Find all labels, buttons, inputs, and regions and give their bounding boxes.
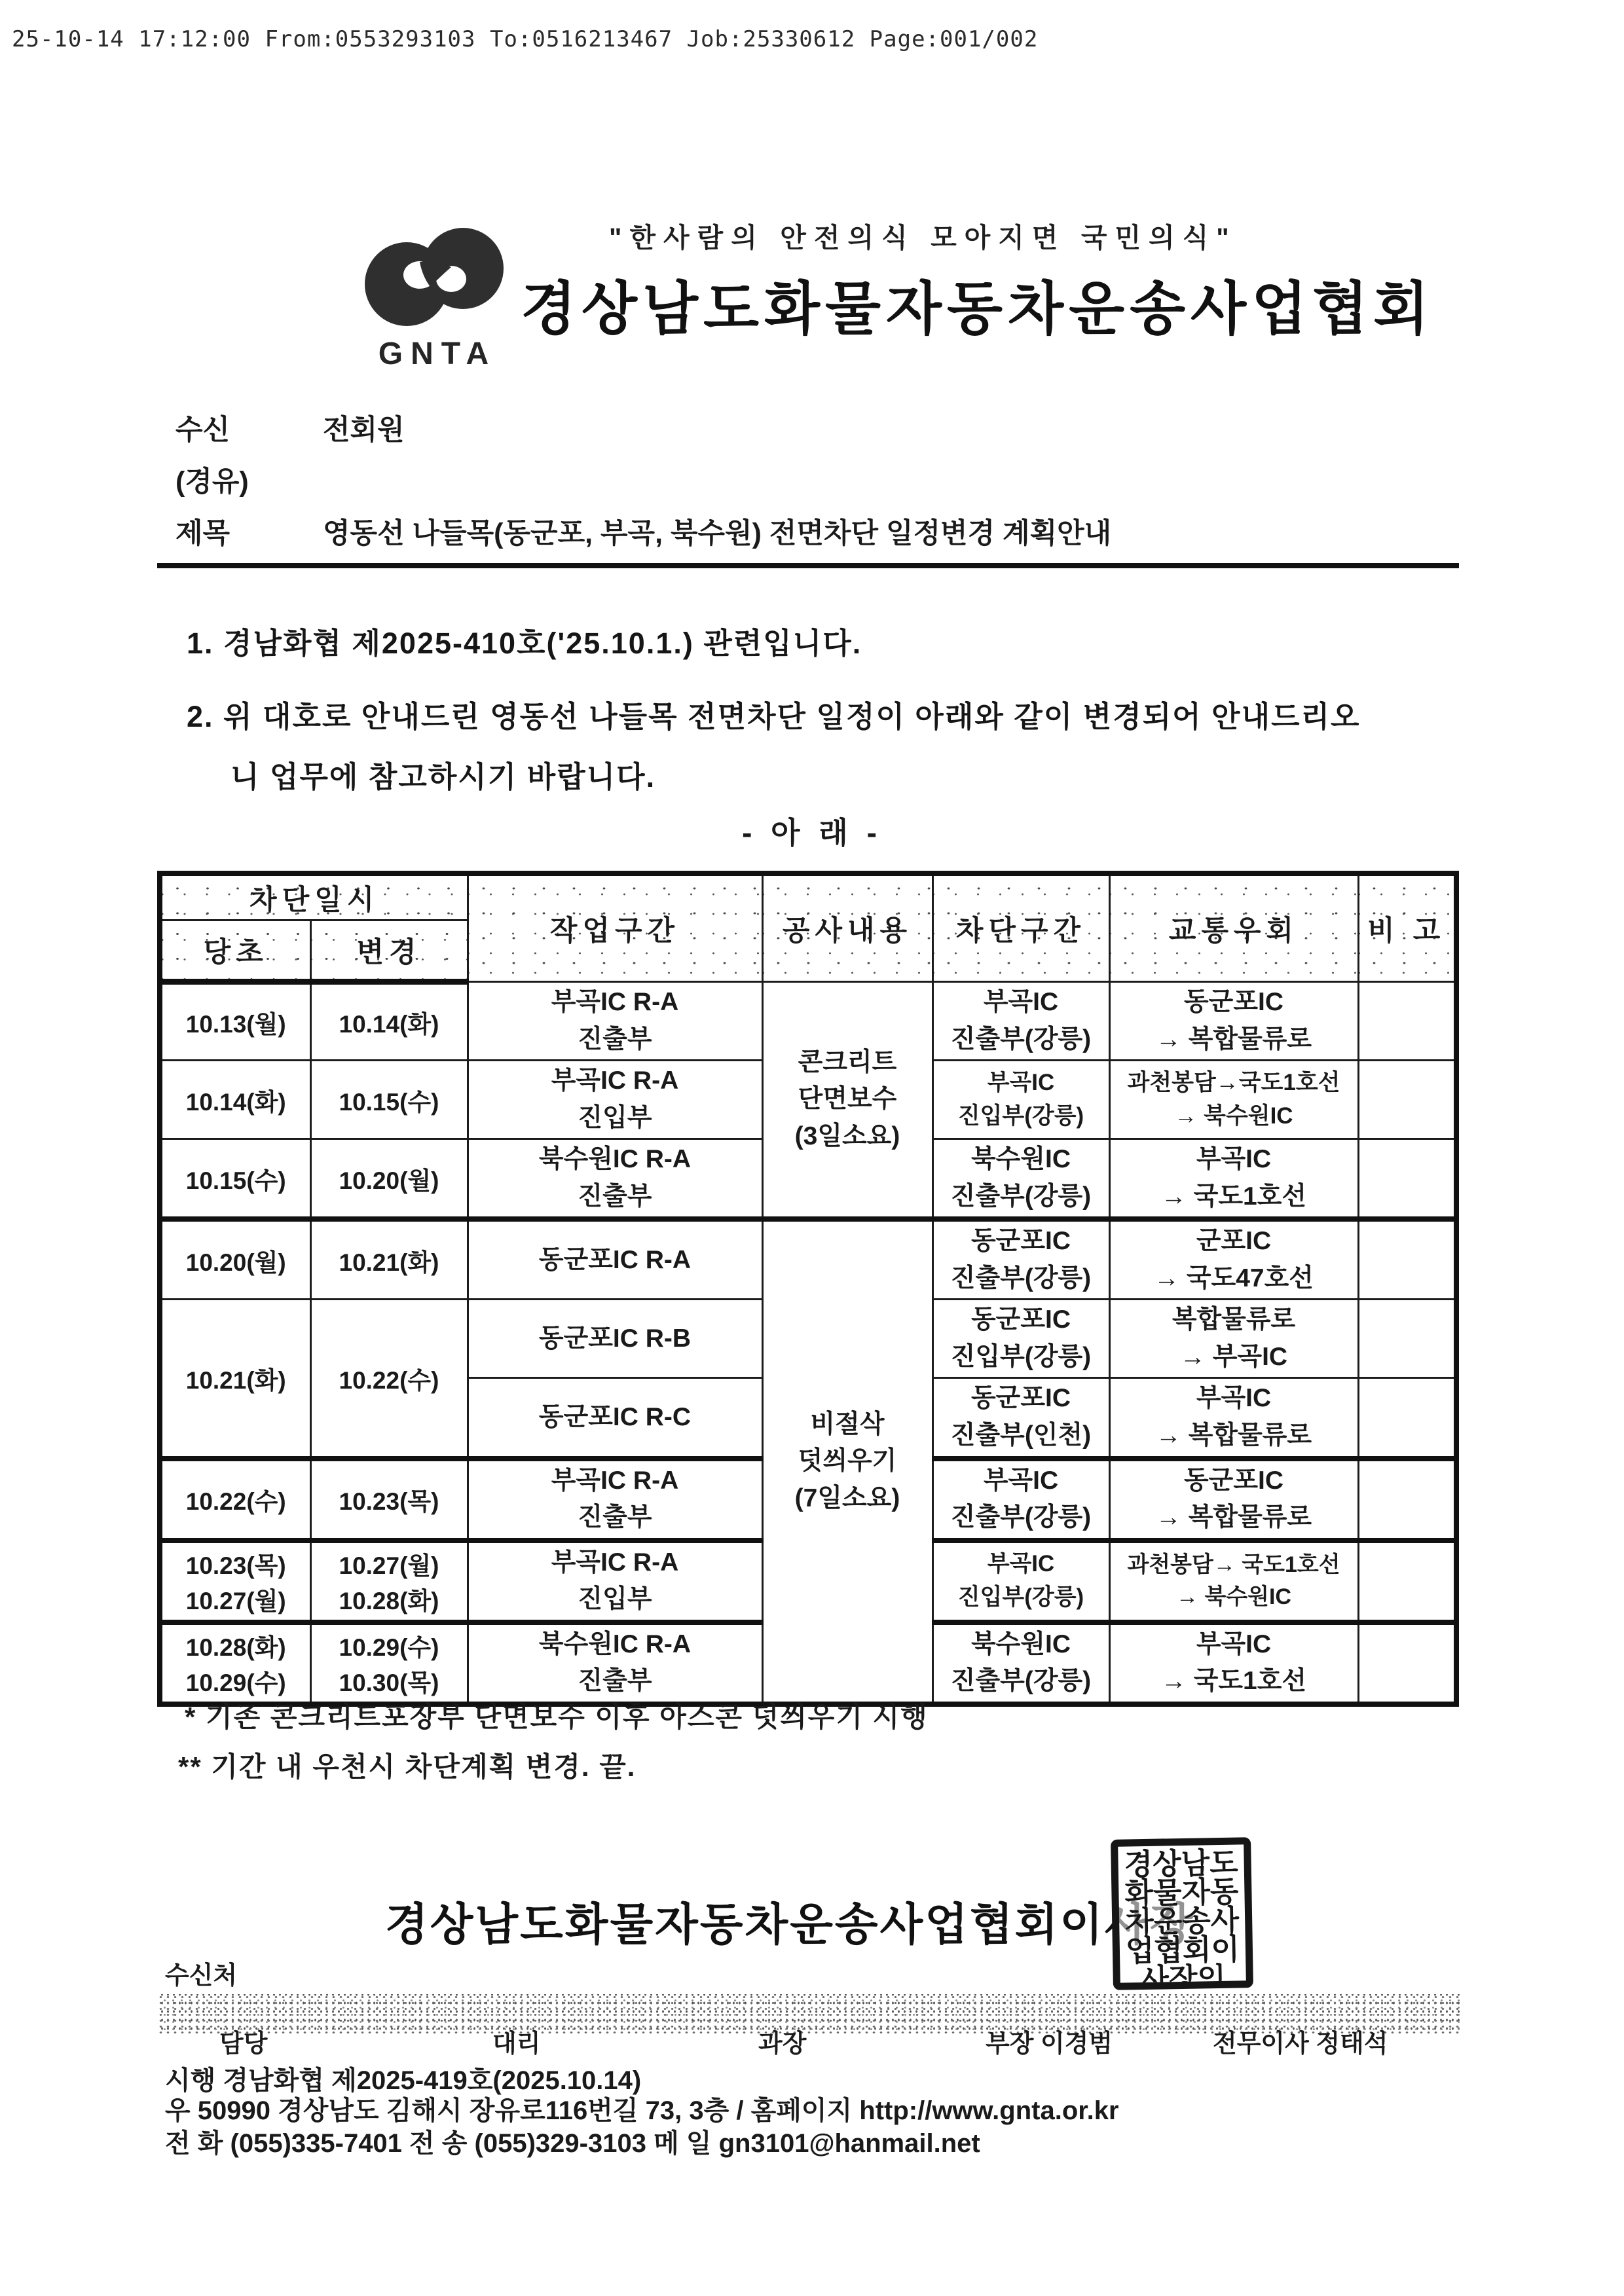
address-line: 우 50990 경상남도 김해시 장유로116번길 73, 3층 / 홈페이지 … (165, 2090, 1119, 2127)
subject-value: 영동선 나들목(동군포, 부곡, 북수원) 전면차단 일정변경 계획안내 (323, 520, 1111, 548)
cell-note (1358, 1061, 1456, 1139)
cell-note (1358, 1139, 1456, 1220)
cell-detour: 부곡IC → 복합물류로 (1109, 1378, 1358, 1459)
cell-changed-date: 10.22(수) (310, 1300, 468, 1459)
cell-note (1358, 1622, 1456, 1704)
table-row: 10.13(월) 10.14(화) 부곡IC R-A 진출부 콘크리트 단면보수… (160, 982, 1456, 1061)
cell-initial-date: 10.13(월) (160, 982, 310, 1061)
recipient-via-row: (경유) (175, 468, 1111, 496)
cell-closure-section: 부곡IC 진입부(강릉) (932, 1540, 1109, 1622)
slogan: "한사람의 안전의식 모아지면 국민의식" (609, 216, 1237, 255)
to-label: 수신 (175, 416, 323, 445)
cell-work-section: 부곡IC R-A 진입부 (468, 1061, 762, 1139)
official-seal-stamp: 경상남도화물자동차운송사업협회이사장인 (1111, 1837, 1253, 1990)
cell-work-section: 동군포IC R-B (468, 1300, 762, 1378)
gnta-emblem-icon (360, 221, 515, 337)
gnta-logo-text: GNTA (359, 336, 516, 372)
subject-label: 제목 (175, 520, 323, 548)
cell-detour: 과천봉담→국도1호선 → 북수원IC (1109, 1061, 1358, 1139)
cell-work-section: 북수원IC R-A 진출부 (468, 1139, 762, 1220)
cell-detour: 동군포IC → 복합물류로 (1109, 1459, 1358, 1540)
body-paragraph-2: 2. 위 대호로 안내드린 영동선 나들목 전면차단 일정이 아래와 같이 변경… (187, 693, 1361, 735)
cell-closure-section: 동군포IC 진출부(인천) (932, 1378, 1109, 1459)
table-header-row-1: 차단일시 작업구간 공사내용 차단구간 교통우회 비 고 (160, 873, 1456, 920)
below-marker: - 아 래 - (0, 809, 1624, 852)
organization-title: 경상남도화물자동차운송사업협회 (521, 263, 1434, 346)
header-construction: 공사내용 (762, 873, 932, 982)
cell-detour: 복합물류로 → 부곡IC (1109, 1300, 1358, 1378)
cell-work-section: 동군포IC R-C (468, 1378, 762, 1459)
cell-detour: 부곡IC → 국도1호선 (1109, 1139, 1358, 1220)
cell-changed-date: 10.23(목) (310, 1459, 468, 1540)
cell-work-section: 부곡IC R-A 진출부 (468, 1459, 762, 1540)
cell-work-section: 북수원IC R-A 진출부 (468, 1622, 762, 1704)
footnote-2: ** 기간 내 우천시 차단계획 변경. 끝. (178, 1745, 636, 1785)
cell-closure-section: 부곡IC 진출부(강릉) (932, 982, 1109, 1061)
cell-closure-section: 부곡IC 진입부(강릉) (932, 1061, 1109, 1139)
cell-changed-date: 10.20(월) (310, 1139, 468, 1220)
staff-role-jeonmuisa: 전무이사 정태석 (1213, 2023, 1388, 2059)
to-value: 전회원 (323, 416, 405, 445)
cell-detour: 군포IC → 국도47호선 (1109, 1219, 1358, 1300)
via-label: (경유) (175, 468, 323, 496)
cell-note (1358, 1459, 1456, 1540)
cell-changed-date: 10.27(월) 10.28(화) (310, 1540, 468, 1622)
staff-role-bujang: 부장 이경범 (986, 2023, 1113, 2059)
cell-closure-section: 동군포IC 진입부(강릉) (932, 1300, 1109, 1378)
cell-note (1358, 1378, 1456, 1459)
recipients-label: 수신처 (165, 1955, 237, 1991)
cell-changed-date: 10.14(화) (310, 982, 468, 1061)
body-paragraph-1: 1. 경남화협 제2025-410호('25.10.1.) 관련입니다. (187, 619, 862, 662)
fax-transmission-header: 25-10-14 17:12:00 From:0553293103 To:051… (12, 26, 1038, 52)
cell-changed-date: 10.15(수) (310, 1061, 468, 1139)
header-note: 비 고 (1358, 873, 1456, 982)
table-row: 10.20(월) 10.21(화) 동군포IC R-A 비절삭 덧씌우기 (7일… (160, 1219, 1456, 1300)
cell-detour: 과천봉담→ 국도1호선 → 북수원IC (1109, 1540, 1358, 1622)
cell-initial-date: 10.23(목) 10.27(월) (160, 1540, 310, 1622)
body-paragraph-2-cont: 니 업무에 참고하시기 바랍니다. (231, 753, 655, 795)
cell-construction-block1: 콘크리트 단면보수 (3일소요) (762, 982, 932, 1220)
header-closure-section: 차단구간 (932, 873, 1109, 982)
staff-role-damdang: 담당 (219, 2023, 267, 2059)
cell-initial-date: 10.15(수) (160, 1139, 310, 1220)
closure-schedule-table: 차단일시 작업구간 공사내용 차단구간 교통우회 비 고 당초 변경 10.13… (157, 871, 1459, 1707)
cell-construction-block2: 비절삭 덧씌우기 (7일소요) (762, 1219, 932, 1704)
cell-work-section: 동군포IC R-A (468, 1219, 762, 1300)
fax-document-page: 25-10-14 17:12:00 From:0553293103 To:051… (0, 0, 1624, 2296)
cell-changed-date: 10.29(수) 10.30(목) (310, 1622, 468, 1704)
recipient-to-row: 수신 전회원 (175, 416, 1111, 445)
issuer-signature: 경상남도화물자동차운송사업협회이사장 (385, 1889, 1194, 1953)
staff-role-daeri: 대리 (492, 2023, 540, 2059)
header-closure-datetime: 차단일시 (160, 873, 468, 920)
header-initial-date: 당초 (160, 920, 310, 982)
cell-detour: 부곡IC → 국도1호선 (1109, 1622, 1358, 1704)
cell-closure-section: 동군포IC 진출부(강릉) (932, 1219, 1109, 1300)
cell-initial-date: 10.20(월) (160, 1219, 310, 1300)
footnote-1: * 기존 콘크리트포장부 단면보수 이후 아스콘 덧씌우기 시행 (185, 1696, 929, 1735)
contact-line: 전 화 (055)335-7401 전 송 (055)329-3103 메 일 … (165, 2123, 980, 2160)
cell-changed-date: 10.21(화) (310, 1219, 468, 1300)
cell-closure-section: 부곡IC 진출부(강릉) (932, 1459, 1109, 1540)
cell-detour: 동군포IC → 복합물류로 (1109, 982, 1358, 1061)
cell-initial-date: 10.22(수) (160, 1459, 310, 1540)
cell-note (1358, 1540, 1456, 1622)
cell-note (1358, 1219, 1456, 1300)
cell-work-section: 부곡IC R-A 진출부 (468, 982, 762, 1061)
cell-closure-section: 북수원IC 진출부(강릉) (932, 1622, 1109, 1704)
header-detour: 교통우회 (1109, 873, 1358, 982)
cell-closure-section: 북수원IC 진출부(강릉) (932, 1139, 1109, 1220)
header-work-section: 작업구간 (468, 873, 762, 982)
cell-initial-date: 10.21(화) (160, 1300, 310, 1459)
recipient-subject-row: 제목 영동선 나들목(동군포, 부곡, 북수원) 전면차단 일정변경 계획안내 (175, 520, 1111, 548)
header-divider-rule (157, 563, 1459, 568)
staff-role-gwajang: 과장 (758, 2023, 806, 2059)
cell-work-section: 부곡IC R-A 진입부 (468, 1540, 762, 1622)
cell-note (1358, 982, 1456, 1061)
recipient-block: 수신 전회원 (경유) 제목 영동선 나들목(동군포, 부곡, 북수원) 전면차… (175, 416, 1111, 572)
gnta-logo: GNTA (359, 221, 516, 372)
cell-initial-date: 10.14(화) (160, 1061, 310, 1139)
header-changed-date: 변경 (310, 920, 468, 982)
cell-note (1358, 1300, 1456, 1378)
cell-initial-date: 10.28(화) 10.29(수) (160, 1622, 310, 1704)
